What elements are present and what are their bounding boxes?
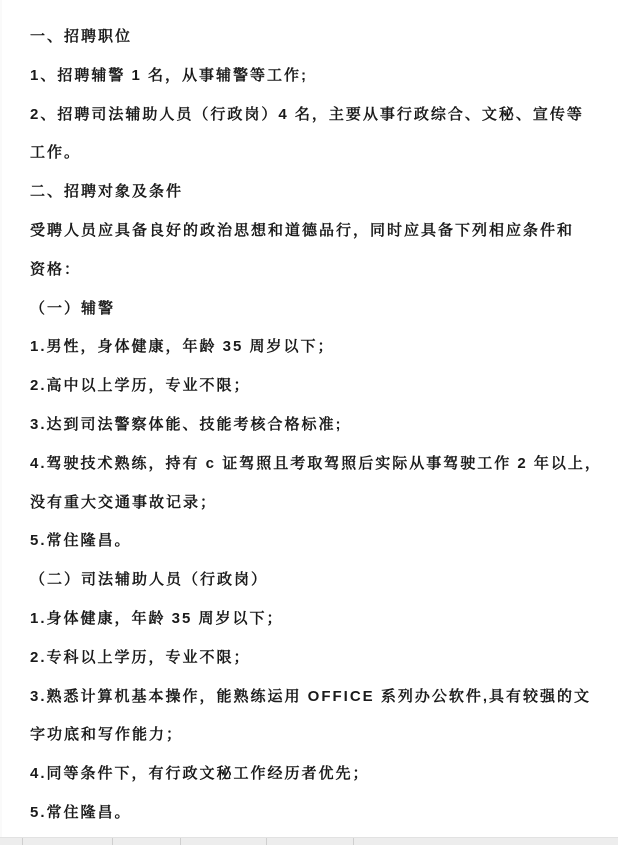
document-line: （一）辅警 [30, 290, 596, 329]
document-line: 4.同等条件下，有行政文秘工作经历者优先； [30, 755, 596, 794]
document-line: 资格： [30, 251, 596, 290]
document-line: 3.熟悉计算机基本操作，能熟练运用 OFFICE 系列办公软件,具有较强的文 [30, 678, 596, 717]
document-line: 4.驾驶技术熟练，持有 c 证驾照且考取驾照后实际从事驾驶工作 2 年以上， [30, 445, 596, 484]
document-line: 工作。 [30, 134, 596, 173]
document-line: 受聘人员应具备良好的政治思想和道德品行，同时应具备下列相应条件和 [30, 212, 596, 251]
document-line: 5.常住隆昌。 [30, 522, 596, 561]
document-line: 1.身体健康，年龄 35 周岁以下； [30, 600, 596, 639]
table-column-divider [22, 838, 23, 845]
table-column-divider [353, 838, 354, 845]
document-line: 2.专科以上学历，专业不限； [30, 639, 596, 678]
document-line: 1.男性，身体健康，年龄 35 周岁以下； [30, 328, 596, 367]
document-body: 一、招聘职位1、招聘辅警 1 名，从事辅警等工作;2、招聘司法辅助人员（行政岗）… [0, 0, 618, 833]
document-page: 一、招聘职位1、招聘辅警 1 名，从事辅警等工作;2、招聘司法辅助人员（行政岗）… [0, 0, 618, 845]
table-top-edge [0, 837, 618, 845]
document-line: 一、招聘职位 [30, 18, 596, 57]
document-line: 1、招聘辅警 1 名，从事辅警等工作; [30, 57, 596, 96]
document-line: （二）司法辅助人员（行政岗） [30, 561, 596, 600]
document-line: 2.高中以上学历，专业不限； [30, 367, 596, 406]
document-line: 5.常住隆昌。 [30, 794, 596, 833]
document-line: 2、招聘司法辅助人员（行政岗）4 名，主要从事行政综合、文秘、宣传等 [30, 96, 596, 135]
table-column-divider [180, 838, 181, 845]
document-line: 二、招聘对象及条件 [30, 173, 596, 212]
table-column-divider [112, 838, 113, 845]
table-column-divider [266, 838, 267, 845]
document-line: 3.达到司法警察体能、技能考核合格标准; [30, 406, 596, 445]
document-line: 字功底和写作能力； [30, 716, 596, 755]
document-line: 没有重大交通事故记录； [30, 484, 596, 523]
